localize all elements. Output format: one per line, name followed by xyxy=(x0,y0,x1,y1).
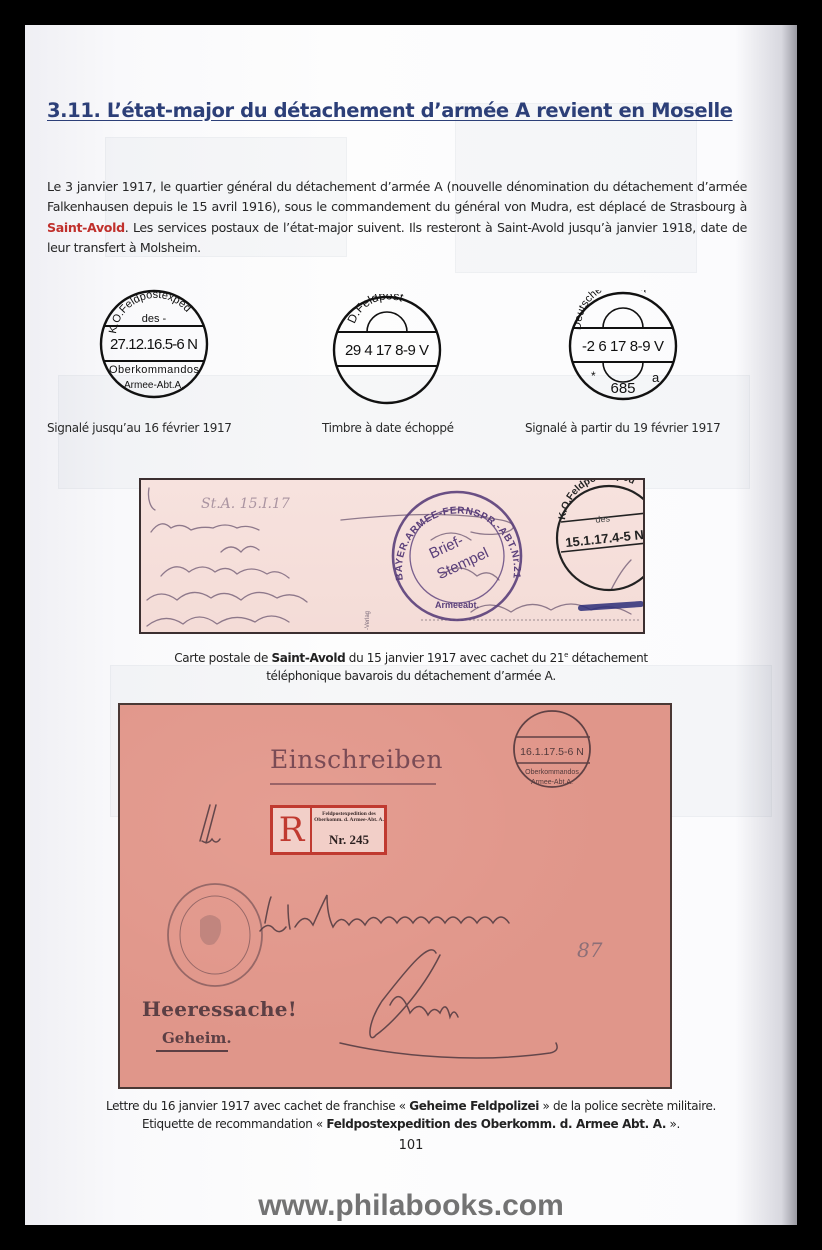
place-highlight: Saint-Avold xyxy=(47,220,125,235)
intro-text-2: . Les services postaux de l’état-major s… xyxy=(47,220,747,255)
postmark-2-caption: Timbre à date échoppé xyxy=(322,421,454,435)
postcard-postmark: K.O.Feldpostexped des 15.1.17.4-5 N xyxy=(557,480,645,590)
postcard-caption-line2: téléphonique bavarois du détachement d’a… xyxy=(25,667,797,685)
postcard-caption: Carte postale de Saint-Avold du 15 janvi… xyxy=(25,646,797,685)
postcard-caption-line1: Carte postale de Saint-Avold du 15 janvi… xyxy=(25,646,797,667)
franchise-cachet xyxy=(168,884,262,986)
envelope-image: Einschreiben R Feldpostexpedition des Ob… xyxy=(118,703,672,1089)
book-page: 3.11. L’état-major du détachement d’armé… xyxy=(25,25,797,1225)
geheim-stamp: Geheim. xyxy=(162,1029,232,1047)
envelope-postmark-bottom2: Armee-Abt.A. xyxy=(531,779,573,786)
geheim-underline xyxy=(156,1050,228,1052)
postmark-3-date: -2 6 17 8-9 V xyxy=(582,338,664,355)
intro-paragraph: Le 3 janvier 1917, le quartier général d… xyxy=(47,177,747,258)
website-watermark: www.philabooks.com xyxy=(25,1189,797,1223)
svg-text:*: * xyxy=(591,369,596,383)
svg-text:K.O.Feldpostexped: K.O.Feldpostexped xyxy=(107,289,193,335)
pencil-note: 87 xyxy=(577,938,603,962)
cachet-bottom-text: Armeeabt. xyxy=(435,600,479,610)
postmark-3-number: 685 xyxy=(610,380,635,397)
heeressache-stamp: Heeressache! xyxy=(142,997,297,1021)
handwriting-header: St.A. 15.I.17 xyxy=(201,496,290,512)
envelope-caption: Lettre du 16 janvier 1917 avec cachet de… xyxy=(25,1097,797,1133)
envelope-postmark-bottom1: Oberkommandos xyxy=(525,769,579,776)
svg-text:-Verlag: -Verlag xyxy=(365,611,371,630)
envelope-caption-line1: Lettre du 16 janvier 1917 avec cachet de… xyxy=(25,1097,797,1115)
postmark-row: K.O.Feldpostexped des - 27.12.16.5-6 N O… xyxy=(25,288,797,448)
postmark-2: D.Feldpost 29 4 17 8-9 V xyxy=(331,294,443,406)
postmark-3: Deutsche Feldpost -2 6 17 8-9 V * 685 a xyxy=(567,290,679,402)
envelope-postmark-date: 16.1.17.5-6 N xyxy=(520,746,584,758)
postmark-1-date: 27.12.16.5-6 N xyxy=(110,336,198,353)
postmark-1-bottom2: Armee-Abt.A. xyxy=(124,380,184,391)
postcard-image: St.A. 15.I.17 -Verlag BAYER.ARMEE-FERNSP… xyxy=(139,478,645,634)
postmark-1-caption: Signalé jusqu’au 16 février 1917 xyxy=(47,421,232,435)
intro-text-1: Le 3 janvier 1917, le quartier général d… xyxy=(47,179,747,214)
envelope-postmark: 16.1.17.5-6 N Oberkommandos Armee-Abt.A. xyxy=(514,711,590,787)
violet-cachet: BAYER.ARMEE-FERNSPR.-ABT.Nr.21 d.A. Arme… xyxy=(141,480,522,620)
postmark-2-top: D.Feldpost xyxy=(344,294,405,325)
page-number: 101 xyxy=(25,1138,797,1153)
postcard-postmark-mid: des xyxy=(595,513,611,525)
postmark-1-mid: des - xyxy=(142,313,167,325)
postmark-3-suffix: a xyxy=(652,370,660,385)
postmark-3-caption: Signalé à partir du 19 février 1917 xyxy=(525,421,720,435)
postmark-1: K.O.Feldpostexped des - 27.12.16.5-6 N O… xyxy=(98,288,210,400)
envelope-caption-line2: Etiquette de recommandation « Feldpostex… xyxy=(25,1115,797,1133)
svg-text:D.Feldpost: D.Feldpost xyxy=(344,294,405,325)
postmark-1-top: K.O.Feldpostexped xyxy=(107,289,193,335)
postmark-2-date: 29 4 17 8-9 V xyxy=(345,342,429,359)
section-title: 3.11. L’état-major du détachement d’armé… xyxy=(47,99,733,122)
postmark-1-bottom1: Oberkommandos xyxy=(109,364,200,376)
postcard-postmark-date: 15.1.17.4-5 N xyxy=(565,527,645,550)
